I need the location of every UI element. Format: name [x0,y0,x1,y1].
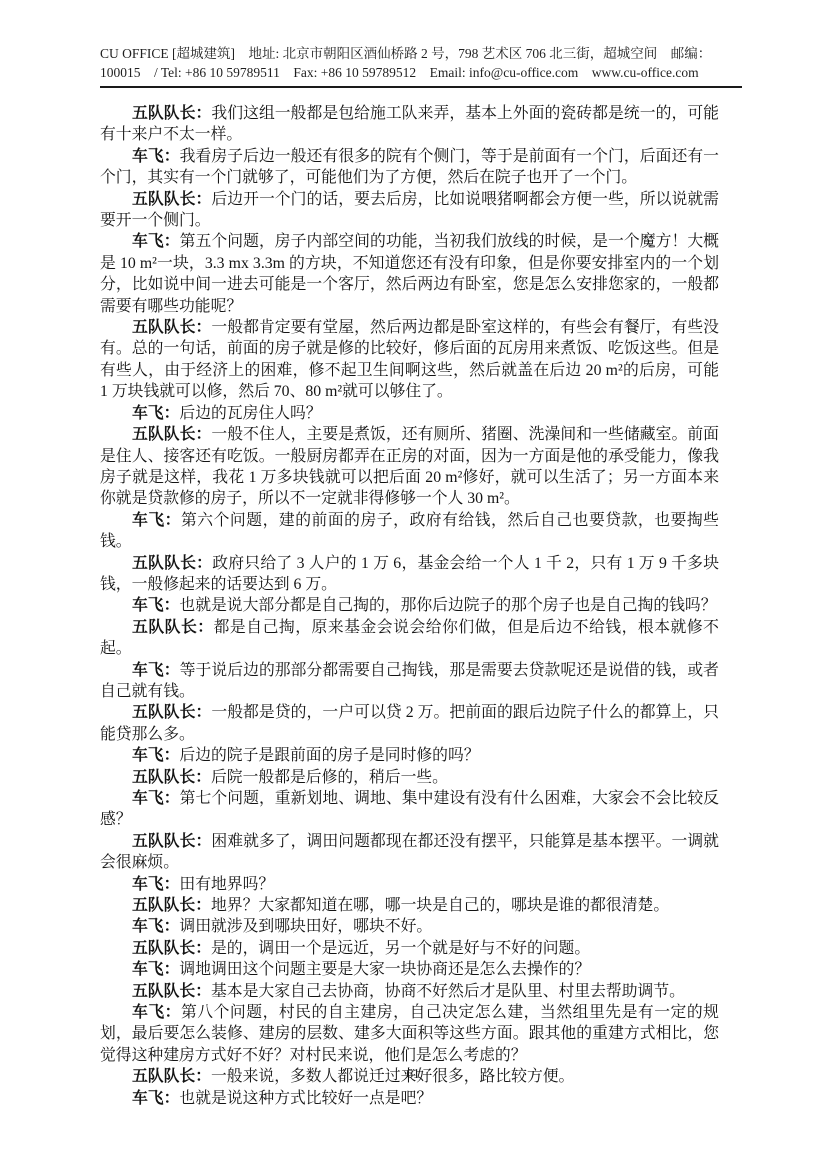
dialogue-paragraph: 五队队长：基本是大家自己去协商，协商不好然后才是队里、村里去帮助调节。 [100,981,719,1002]
speaker-label: 五队队长： [132,940,211,957]
dialogue-paragraph: 五队队长：一般都是贷的，一户可以贷 2 万。把前面的跟后边院子什么的都算上，只能… [100,702,719,745]
dialogue-paragraph: 车飞：我看房子后边一般还有很多的院有个侧门，等于是前面有一个门，后面还有一个门，… [100,146,719,189]
letterhead: CU OFFICE [超城建筑] 地址: 北京市朝阳区酒仙桥路 2 号，798 … [100,44,742,88]
dialogue-paragraph: 五队队长：一般不住人，主要是煮饭，还有厕所、猪圈、洗澡间和一些储藏室。前面是住人… [100,424,719,510]
speaker-label: 五队队长： [132,769,211,786]
speaker-label: 车飞： [132,1004,181,1021]
speaker-label: 车飞： [132,148,180,165]
speaker-label: 车飞： [132,961,179,978]
speaker-label: 五队队长： [132,319,211,336]
speaker-label: 五队队长： [132,983,211,1000]
dialogue-paragraph: 五队队长：都是自己掏，原来基金会说会给你们做，但是后边不给钱，根本就修不起。 [100,617,719,660]
page-footer: 61 [0,1066,826,1082]
utterance-text: 地界？大家都知道在哪，哪一块是自己的，哪块是谁的都很清楚。 [211,897,669,914]
speaker-label: 车飞： [132,790,180,807]
speaker-label: 车飞： [132,876,179,893]
letterhead-line-1: CU OFFICE [超城建筑] 地址: 北京市朝阳区酒仙桥路 2 号，798 … [100,44,742,63]
dialogue-paragraph: 车飞：后边的瓦房住人吗？ [100,403,719,424]
dialogue-paragraph: 五队队长：困难就多了，调田问题都现在都还没有摆平，只能算是基本摆平。一调就会很麻… [100,831,719,874]
dialogue-paragraph: 车飞：调田就涉及到哪块田好，哪块不好。 [100,916,719,937]
utterance-text: 第六个问题，建的前面的房子，政府有给钱，然后自己也要贷款，也要掏些钱。 [100,512,719,550]
speaker-label: 车飞： [132,747,179,764]
dialogue-paragraph: 车飞：调地调田这个问题主要是大家一块协商还是怎么去操作的？ [100,959,719,980]
speaker-label: 五队队长： [132,704,211,721]
speaker-label: 车飞： [132,233,180,250]
letterhead-line-2: 100015 / Tel: +86 10 59789511 Fax: +86 1… [100,63,742,82]
utterance-text: 等于说后边的那部分都需要自己掏钱，那是需要去贷款呢还是说借的钱，或者自己就有钱。 [100,662,719,700]
dialogue-paragraph: 五队队长：后边开一个门的话，要去后房，比如说喂猪啊都会方便一些，所以说就需要开一… [100,189,719,232]
speaker-label: 车飞： [132,597,179,614]
utterance-text: 调地调田这个问题主要是大家一块协商还是怎么去操作的？ [179,961,590,978]
page-number: 61 [406,1066,420,1081]
dialogue-paragraph: 五队队长：后院一般都是后修的，稍后一些。 [100,767,719,788]
utterance-text: 第五个问题，房子内部空间的功能，当初我们放线的时候，是一个魔方！大概是 10 m… [100,233,719,314]
speaker-label: 五队队长： [132,897,211,914]
utterance-text: 田有地界吗？ [179,876,274,893]
utterance-text: 也就是说这种方式比较好一点是吧？ [179,1090,432,1107]
dialogue-transcript: 五队队长：我们这组一般都是包给施工队来弄，基本上外面的瓷砖都是统一的，可能有十来… [100,103,719,1109]
dialogue-paragraph: 五队队长：我们这组一般都是包给施工队来弄，基本上外面的瓷砖都是统一的，可能有十来… [100,103,719,146]
speaker-label: 车飞： [132,918,179,935]
speaker-label: 五队队长： [132,426,211,443]
speaker-label: 车飞： [132,405,179,422]
dialogue-paragraph: 车飞：第六个问题，建的前面的房子，政府有给钱，然后自己也要贷款，也要掏些钱。 [100,510,719,553]
document-page: CU OFFICE [超城建筑] 地址: 北京市朝阳区酒仙桥路 2 号，798 … [0,0,826,1169]
dialogue-paragraph: 车飞：第五个问题，房子内部空间的功能，当初我们放线的时候，是一个魔方！大概是 1… [100,231,719,317]
speaker-label: 五队队长： [132,619,214,636]
utterance-text: 后边的院子是跟前面的房子是同时修的吗？ [179,747,479,764]
dialogue-paragraph: 车飞：也就是说这种方式比较好一点是吧？ [100,1088,719,1109]
speaker-label: 车飞： [132,662,180,679]
speaker-label: 五队队长： [132,105,211,122]
dialogue-paragraph: 车飞：等于说后边的那部分都需要自己掏钱，那是需要去贷款呢还是说借的钱，或者自己就… [100,660,719,703]
dialogue-paragraph: 车飞：田有地界吗？ [100,874,719,895]
utterance-text: 后边的瓦房住人吗？ [179,405,321,422]
dialogue-paragraph: 五队队长：是的，调田一个是远近，另一个就是好与不好的问题。 [100,938,719,959]
utterance-text: 也就是说大部分都是自己掏的，那你后边院子的那个房子也是自己掏的钱吗？ [179,597,716,614]
speaker-label: 车飞： [132,1090,179,1107]
utterance-text: 后院一般都是后修的，稍后一些。 [211,769,448,786]
utterance-text: 是的，调田一个是远近，另一个就是好与不好的问题。 [211,940,590,957]
utterance-text: 我看房子后边一般还有很多的院有个侧门，等于是前面有一个门，后面还有一个门，其实有… [100,148,719,186]
speaker-label: 车飞： [132,512,181,529]
utterance-text: 第八个问题，村民的自主建房，自己决定怎么建，当然组里先是有一定的规划，最后要怎么… [100,1004,719,1064]
dialogue-paragraph: 五队队长：地界？大家都知道在哪，哪一块是自己的，哪块是谁的都很清楚。 [100,895,719,916]
dialogue-paragraph: 车飞：后边的院子是跟前面的房子是同时修的吗？ [100,745,719,766]
dialogue-paragraph: 车飞：也就是说大部分都是自己掏的，那你后边院子的那个房子也是自己掏的钱吗？ [100,595,719,616]
dialogue-paragraph: 五队队长：政府只给了 3 人户的 1 万 6，基金会给一个人 1 千 2，只有 … [100,553,719,596]
speaker-label: 五队队长： [132,191,211,208]
dialogue-paragraph: 车飞：第七个问题，重新划地、调地、集中建设有没有什么困难，大家会不会比较反感？ [100,788,719,831]
dialogue-paragraph: 五队队长：一般都肯定要有堂屋，然后两边都是卧室这样的，有些会有餐厅，有些没有。总… [100,317,719,403]
utterance-text: 第七个问题，重新划地、调地、集中建设有没有什么困难，大家会不会比较反感？ [100,790,719,828]
speaker-label: 五队队长： [132,555,212,572]
dialogue-paragraph: 车飞：第八个问题，村民的自主建房，自己决定怎么建，当然组里先是有一定的规划，最后… [100,1002,719,1066]
utterance-text: 基本是大家自己去协商，协商不好然后才是队里、村里去帮助调节。 [211,983,685,1000]
utterance-text: 调田就涉及到哪块田好，哪块不好。 [179,918,432,935]
speaker-label: 五队队长： [132,833,211,850]
